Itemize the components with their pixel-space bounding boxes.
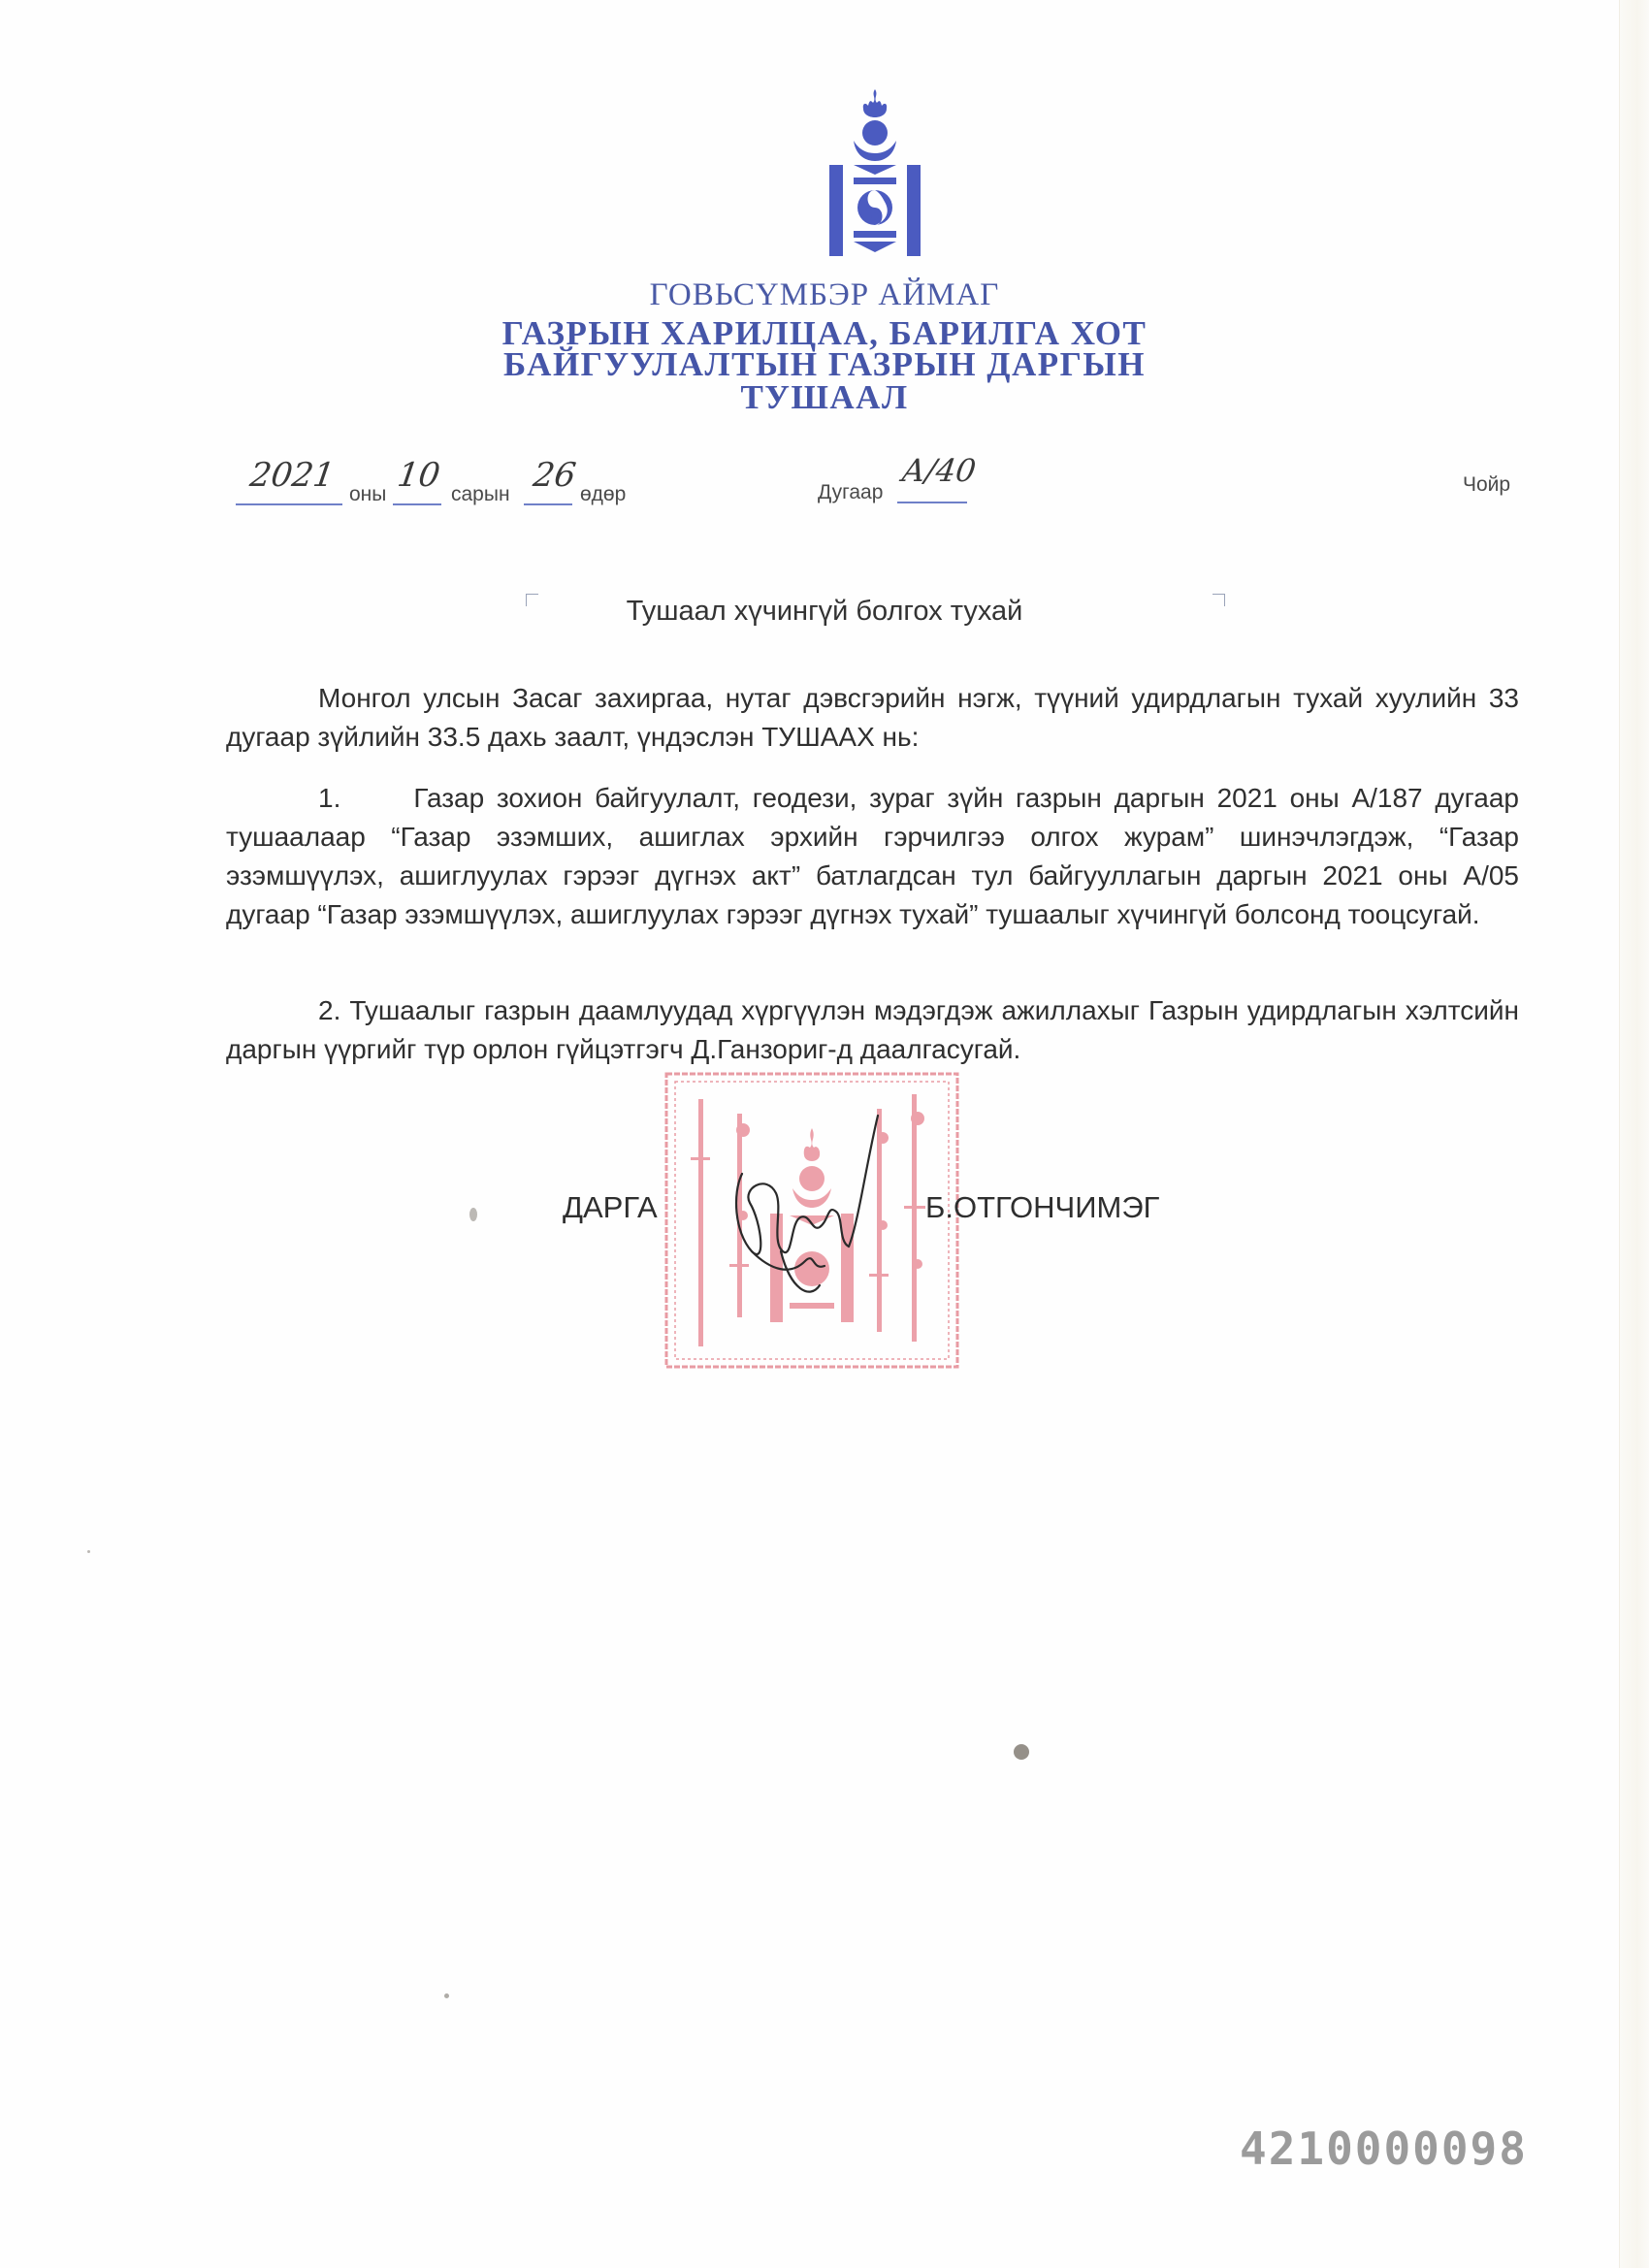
scan-speck (87, 1550, 90, 1553)
preamble-text: Монгол улсын Засаг захиргаа, нутаг дэвсг… (226, 683, 1519, 752)
day-underline (524, 503, 572, 505)
province-name: ГОВЬСҮМБЭР АЙМАГ (0, 277, 1649, 313)
month-suffix: сарын (451, 483, 510, 506)
signatory-title: ДАРГА (563, 1190, 658, 1225)
scan-speck (469, 1208, 477, 1221)
scan-speck (444, 1993, 449, 1998)
order-number-handwritten: А/40 (899, 452, 978, 489)
place-name: Чойр (1463, 473, 1510, 497)
month-handwritten: 10 (395, 456, 442, 495)
preamble-paragraph: Монгол улсын Засаг захиргаа, нутаг дэвсг… (226, 679, 1519, 757)
scan-speck (1014, 1744, 1029, 1760)
item-2-number: 2. (318, 995, 340, 1025)
item-1-text: Газар зохион байгуулалт, геодези, зураг … (226, 783, 1519, 929)
signatory-name: Б.ОТГОНЧИМЭГ (925, 1190, 1159, 1225)
handwritten-signature (723, 1106, 897, 1319)
item-2-text: Тушаалыг газрын даамлуудад хүргүүлэн мэд… (226, 995, 1519, 1064)
day-handwritten: 26 (531, 456, 578, 495)
order-item-1: 1.Газар зохион байгуулалт, геодези, зура… (226, 779, 1519, 934)
soyombo-emblem-icon (826, 89, 923, 256)
dateline: 2021 оны 10 сарын 26 өдөр Дугаар А/40 Чо… (0, 456, 1649, 514)
month-underline (393, 503, 441, 505)
item-1-number: 1. (318, 783, 340, 813)
number-label: Дугаар (818, 481, 883, 504)
day-suffix: өдөр (580, 483, 626, 506)
serial-number: 4210000098 (1240, 2122, 1528, 2175)
year-suffix: оны (349, 483, 386, 506)
year-underline (236, 503, 342, 505)
year-handwritten: 2021 (247, 456, 337, 495)
number-underline (897, 502, 967, 503)
subject-heading: Тушаал хүчингүй болгох тухай (0, 596, 1649, 628)
order-item-2: 2. Тушаалыг газрын даамлуудад хүргүүлэн … (226, 991, 1519, 1069)
document-type: ТУШААЛ (0, 378, 1649, 417)
